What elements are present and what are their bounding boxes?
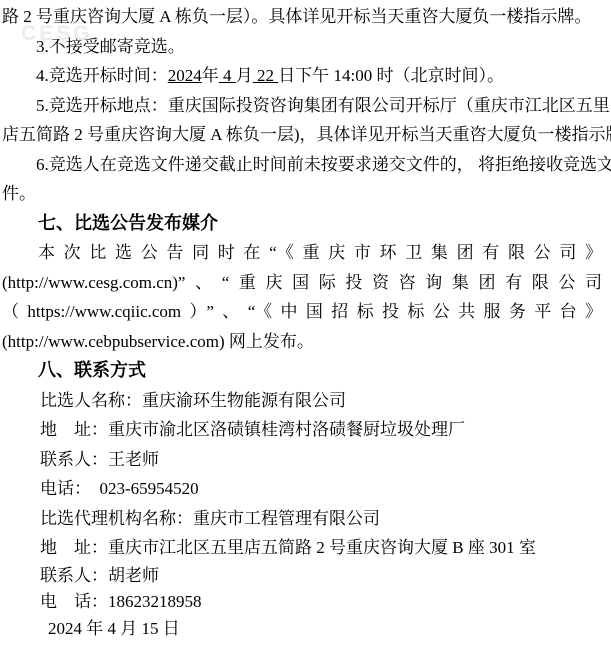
open-time-day: 22 xyxy=(253,66,279,85)
open-time-month: 4 xyxy=(219,66,236,85)
section-heading-contact: 八、联系方式 xyxy=(38,356,602,386)
open-time-prefix: 4.竞选开标时间： xyxy=(36,66,168,85)
item-bid-opening-time: 4.竞选开标时间：2024年 4 月 22 日下午 14:00 时（北京时间）。 xyxy=(36,61,602,91)
bid-inviter-name: 比选人名称：重庆渝环生物能源有限公司 xyxy=(40,386,602,416)
document-page: CESG 路 2 号重庆咨询大厦 A 栋负一层）。具体详见开标当天重咨大厦负一楼… xyxy=(0,0,611,653)
agency-address: 地 址：重庆市江北区五里店五简路 2 号重庆咨询大厦 B 座 301 室 xyxy=(40,533,602,563)
bid-inviter-address: 地 址：重庆市渝北区洛碛镇桂湾村洛碛餐厨垃圾处理厂 xyxy=(40,415,602,445)
open-time-suffix: 日下午 14:00 时（北京时间）。 xyxy=(278,66,504,85)
open-time-year-unit: 年 xyxy=(202,66,219,85)
rejection-rule-wrap-line: 件。 xyxy=(2,179,602,209)
agency-contact-person: 联系人：胡老师 xyxy=(40,563,602,590)
item-rejection-rule: 6.竞选人在竞选文件递交截止时间前未按要求递交文件的， 将拒绝接收竞选文 xyxy=(36,150,602,180)
item-bid-opening-venue: 5.竞选开标地点：重庆国际投资咨询集团有限公司开标厅（重庆市江北区五里 xyxy=(36,91,602,121)
watermark-text: CESG xyxy=(21,22,93,46)
open-time-year: 2024 xyxy=(168,66,202,85)
media-paragraph-line-3: （https://www.cqiic.com）”、“《中国招标投标公共服务平台》 xyxy=(2,297,602,327)
media-paragraph-line-2: (http://www.cesg.com.cn)”、“重庆国际投资咨询集团有限公… xyxy=(2,268,602,298)
agency-phone: 电 话：18623218958 xyxy=(40,589,602,616)
media-paragraph-line-4: (http://www.cebpubservice.com) 网上发布。 xyxy=(2,327,602,357)
bid-opening-venue-wrap-line: 店五简路 2 号重庆咨询大厦 A 栋负一层)，具体详见开标当天重咨大厦负一楼指示… xyxy=(2,120,602,150)
document-date: 2024 年 4 月 15 日 xyxy=(48,616,602,643)
open-time-month-unit: 月 xyxy=(236,66,253,85)
section-heading-media: 七、比选公告发布媒介 xyxy=(38,209,602,239)
bid-inviter-contact-person: 联系人：王老师 xyxy=(40,445,602,475)
bid-inviter-phone: 电话： 023-65954520 xyxy=(40,474,602,504)
item-no-mail-bids: 3.不接受邮寄竞选。 xyxy=(36,32,602,62)
media-paragraph-line-1: 本次比选公告同时在“《重庆市环卫集团有限公司》 xyxy=(2,238,602,268)
agency-name: 比选代理机构名称：重庆市工程管理有限公司 xyxy=(40,504,602,534)
